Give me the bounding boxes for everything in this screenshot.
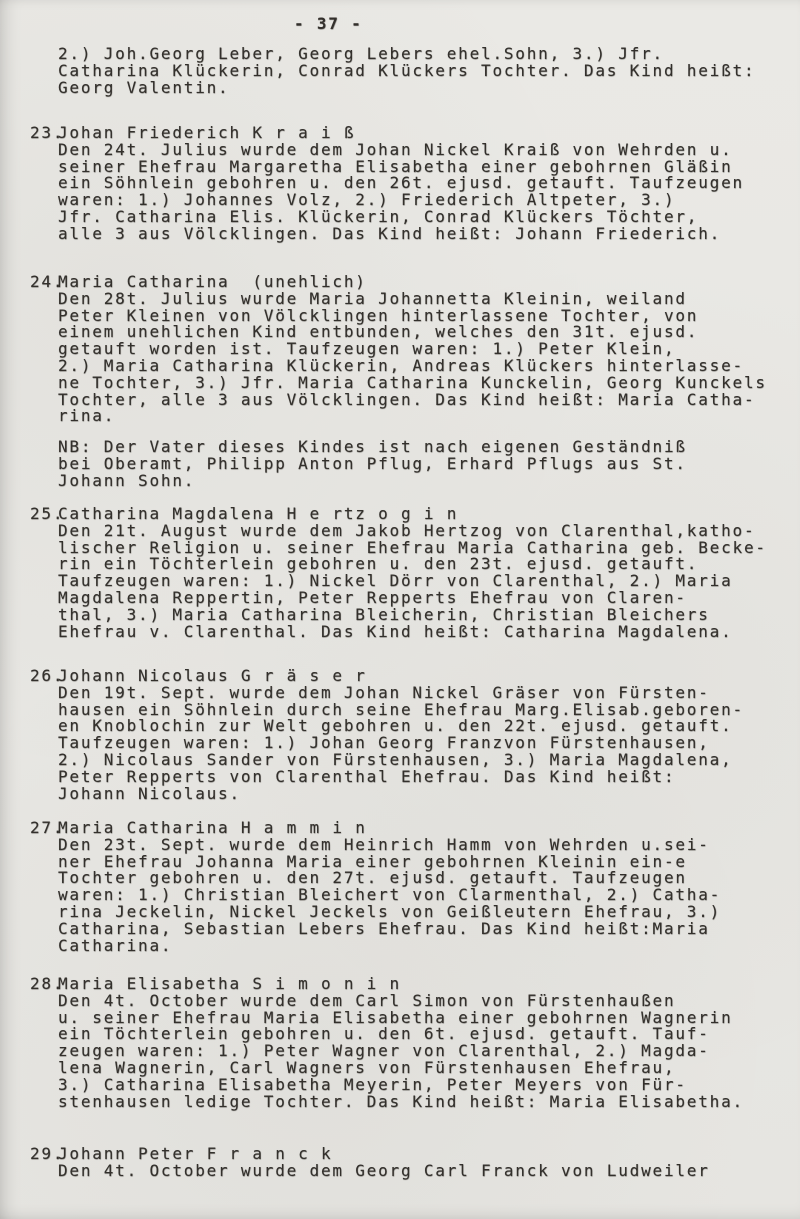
entry-number: 23.: [30, 125, 76, 142]
entry-body: Den 24t. Julius wurde dem Johan Nickel K…: [58, 142, 800, 243]
entry-body: Den 21t. August wurde dem Jakob Hertzog …: [58, 523, 800, 641]
continuation-paragraph: 2.) Joh.Georg Leber, Georg Lebers ehel.S…: [0, 46, 800, 96]
baptism-entry-26: 26. Johann Nicolaus G r ä s e r Den 19t.…: [0, 668, 800, 802]
entry-body: Den 23t. Sept. wurde dem Heinrich Hamm v…: [58, 837, 800, 955]
scanned-page: - 37 - 2.) Joh.Georg Leber, Georg Lebers…: [0, 0, 800, 1219]
entry-body: Den 19t. Sept. wurde dem Johan Nickel Gr…: [58, 685, 800, 803]
baptism-entry-23: 23. Johan Friederich K r a i ß Den 24t. …: [0, 125, 800, 243]
entry-body: Den 4t. October wurde dem Carl Simon von…: [58, 993, 800, 1111]
entry-body: Den 28t. Julius wurde Maria Johannetta K…: [58, 291, 800, 425]
entry-note: NB: Der Vater dieses Kindes ist nach eig…: [58, 439, 800, 489]
baptism-entry-24: 24. Maria Catharina (unehlich) Den 28t. …: [0, 274, 800, 490]
baptism-entry-27: 27. Maria Catharina H a m m i n Den 23t.…: [0, 820, 800, 954]
page-number: - 37 -: [294, 16, 363, 33]
baptism-entry-28: 28. Maria Elisabetha S i m o n i n Den 4…: [0, 976, 800, 1110]
entry-number: 26.: [30, 668, 64, 685]
entry-number: 28.: [30, 976, 64, 993]
entry-number: 24.: [30, 274, 64, 291]
entry-number: 29.: [30, 1146, 64, 1163]
entry-number: 27.: [30, 820, 64, 837]
baptism-entry-29: 29. Johann Peter F r a n c k Den 4t. Oct…: [0, 1146, 800, 1180]
entry-body: Den 4t. October wurde dem Georg Carl Fra…: [58, 1163, 800, 1180]
entry-number: 25.: [30, 506, 64, 523]
baptism-entry-25: 25. Catharina Magdalena H e rtz o g i n …: [0, 506, 800, 640]
